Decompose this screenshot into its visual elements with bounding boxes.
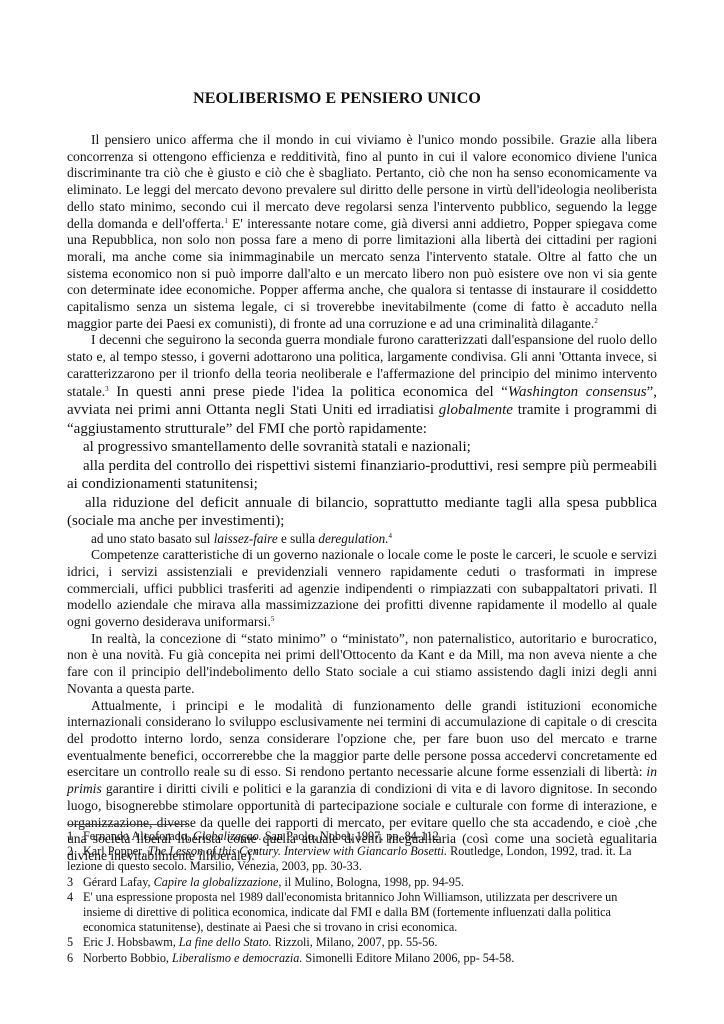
footnote-separator — [67, 824, 187, 825]
footnote-ref-5[interactable]: 5 — [271, 615, 275, 623]
emphasis-laissez-faire: laissez-faire — [214, 531, 278, 546]
footnote-text: Gérard Lafay, — [83, 875, 154, 889]
footnote-text: Eric J. Hobsbawm, — [83, 935, 179, 949]
footnote-ref-2[interactable]: 2 — [594, 317, 598, 325]
document-title: NEOLIBERISMO E PENSIERO UNICO — [67, 90, 607, 108]
footnote-text: Simonelli Editore Milano 2006, pp- 54-58… — [302, 951, 514, 965]
footnote-title: Capire la globalizzazione, — [154, 875, 282, 889]
footnote-number: 1 — [67, 829, 73, 844]
list-item-2: alla perdita del controllo dei rispettiv… — [67, 457, 657, 494]
footnote-title: Liberalismo e democrazia. — [172, 951, 302, 965]
emphasis-globalmente: globalmente — [439, 402, 513, 418]
footnote-title: The Lesson of this Century. Interview wi… — [148, 844, 447, 858]
footnote-2: 2Karl Popper, The Lesson of this Century… — [67, 844, 657, 874]
footnote-text: il Mulino, Bologna, 1998, pp. 94-95. — [281, 875, 463, 889]
emphasis-deregulation: deregulation. — [318, 531, 388, 546]
emphasis-washington: Washington consensus — [508, 384, 647, 400]
footnote-number: 3 — [67, 875, 73, 890]
paragraph-text: E' interessante notare come, già diversi… — [67, 216, 657, 331]
list-item-1: al progressivo smantellamento delle sovr… — [67, 438, 657, 457]
footnote-text: Karl Popper, — [83, 844, 148, 858]
footnote-text: Rizzoli, Milano, 2007, pp. 55-56. — [272, 935, 438, 949]
footnote-text: Fernando Alcoforado, — [83, 829, 193, 843]
footnote-title: Globalizaçao. — [193, 829, 262, 843]
footnote-text: Norberto Bobbio, — [83, 951, 172, 965]
footnote-5: 5Eric J. Hobsbawm, La fine dello Stato. … — [67, 935, 657, 950]
footnote-title: La fine dello Stato. — [179, 935, 272, 949]
paragraph-text: In questi anni prese piede l'idea la pol… — [109, 384, 508, 400]
footnote-1: 1Fernando Alcoforado, Globalizaçao. San … — [67, 829, 657, 844]
footnote-number: 5 — [67, 935, 73, 950]
footnote-number: 4 — [67, 890, 73, 905]
paragraph-1: Il pensiero unico afferma che il mondo i… — [67, 132, 657, 332]
paragraph-4: In realtà, la concezione di “stato minim… — [67, 631, 657, 698]
list-text: ad uno stato basato sul — [91, 531, 214, 546]
footnote-number: 2 — [67, 844, 73, 859]
paragraph-text: Competenze caratteristiche di un governo… — [67, 547, 657, 629]
footnote-3: 3Gérard Lafay, Capire la globalizzazione… — [67, 875, 657, 890]
footnote-ref-4[interactable]: 4 — [389, 532, 393, 540]
paragraph-2: I decenni che seguirono la seconda guerr… — [67, 332, 657, 438]
footnote-6: 6Norberto Bobbio, Liberalismo e democraz… — [67, 951, 657, 966]
footnote-number: 6 — [67, 951, 73, 966]
document-body: Il pensiero unico afferma che il mondo i… — [67, 132, 657, 865]
footnotes: 1Fernando Alcoforado, Globalizaçao. San … — [67, 829, 657, 966]
paragraph-3: Competenze caratteristiche di un governo… — [67, 547, 657, 631]
list-item-4: ad uno stato basato sul laissez-faire e … — [67, 531, 657, 548]
paragraph-text: Attualmente, i principi e le modalità di… — [67, 698, 657, 780]
footnote-text: San Paolo, Nobel, 1997, pp. 84-112. — [262, 829, 442, 843]
list-text: e sulla — [278, 531, 319, 546]
list-item-3: alla riduzione del deficit annuale di bi… — [67, 494, 657, 531]
footnote-4: 4E' una espressione proposta nel 1989 da… — [67, 890, 657, 936]
footnote-text: E' una espressione proposta nel 1989 dal… — [83, 890, 617, 934]
